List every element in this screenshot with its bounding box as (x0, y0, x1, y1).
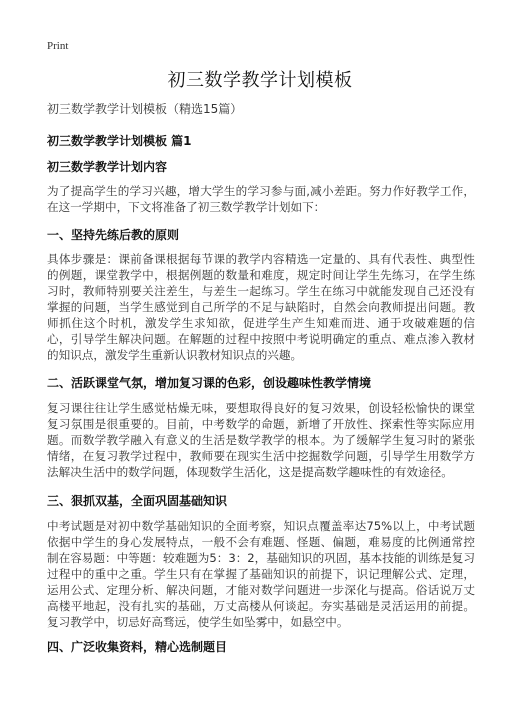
section-4-heading: 四、广泛收集资料，精心选制题目 (47, 638, 227, 655)
article-heading: 初三数学教学计划模板 篇1 (47, 132, 192, 149)
section-3-body: 中考试题是对初中数学基础知识的全面考察，知识点覆盖率达75%以上，中考试题依据中… (47, 518, 475, 630)
print-label: Print (47, 40, 68, 52)
intro-paragraph: 为了提高学生的学习兴趣，增大学生的学习参与面,减小差距。努力作好教学工作，在这一… (47, 183, 475, 215)
section-3-heading: 三、狠抓双基，全面巩固基础知识 (47, 492, 227, 509)
document-page: Print 初三数学教学计划模板 初三数学教学计划模板（精选15篇） 初三数学教… (0, 0, 520, 718)
section-2-body: 复习课往往让学生感觉枯燥无味，要想取得良好的复习效果，创设轻松愉快的课堂复习氛围… (47, 400, 475, 480)
section-2-heading: 二、活跃课堂气氛，增加复习课的色彩，创设趣味性教学情境 (47, 374, 371, 391)
section-1-heading: 一、坚持先练后教的原则 (47, 226, 179, 243)
document-subtitle: 初三数学教学计划模板（精选15篇） (47, 100, 242, 117)
section-1-body: 具体步骤是：课前备课根据每节课的教学内容精选一定量的、具有代表性、典型性的例题，… (47, 251, 475, 363)
document-title: 初三数学教学计划模板 (0, 66, 520, 92)
section-heading: 初三数学教学计划内容 (47, 158, 167, 175)
